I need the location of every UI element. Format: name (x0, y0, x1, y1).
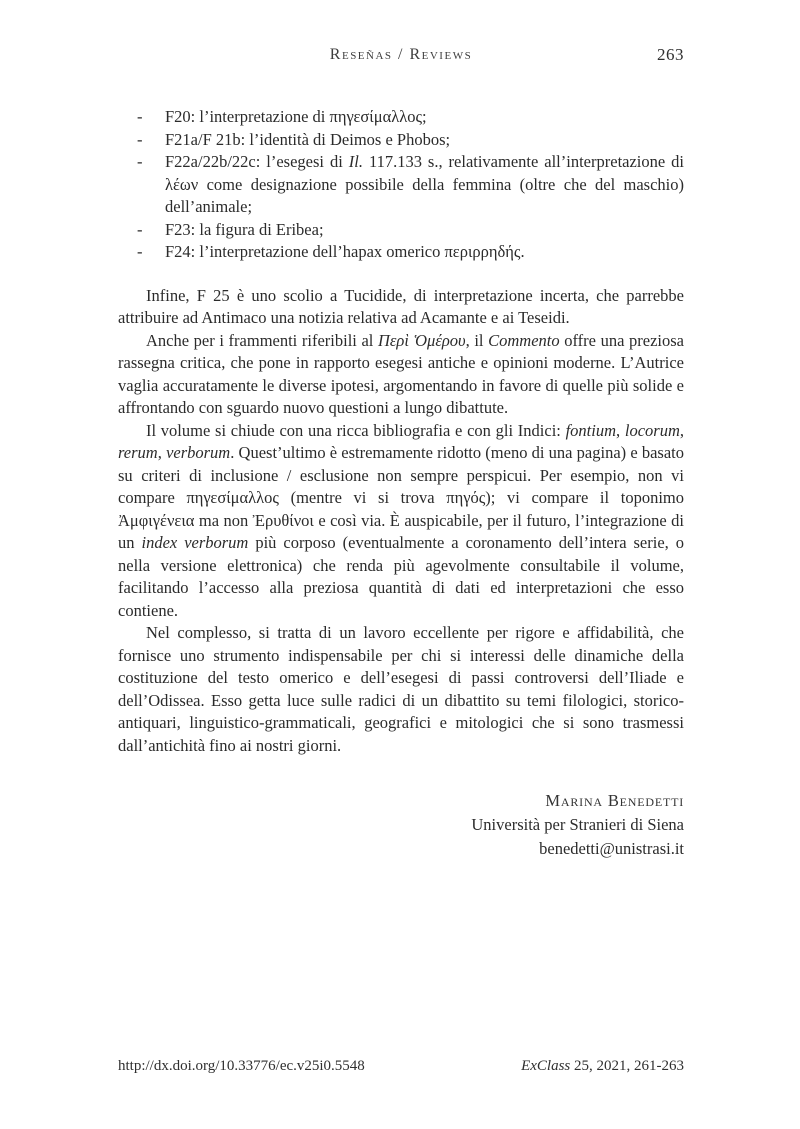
list-item-marker: - (137, 106, 143, 129)
italic-run: rerum (118, 443, 158, 462)
paragraph: Anche per i frammenti riferibili al Περὶ… (118, 330, 684, 420)
text-run: 25, 2021, 261-263 (570, 1058, 684, 1074)
running-head-title: Reseñas / Reviews (330, 46, 472, 63)
list-item: -F20: l’interpretazione di πηγεσίμαλλος; (118, 106, 684, 129)
text-run: , (680, 421, 684, 440)
italic-run: index verborum (141, 533, 248, 552)
author-affiliation: Università per Stranieri di Siena (118, 813, 684, 837)
text-run: F20: l’interpretazione di πηγεσίμαλλος; (165, 107, 427, 126)
list-item-marker: - (137, 241, 143, 264)
paragraph: Nel complesso, si tratta di un lavoro ec… (118, 622, 684, 757)
doi-link[interactable]: http://dx.doi.org/10.33776/ec.v25i0.5548 (118, 1058, 365, 1075)
author-name: Marina Benedetti (118, 789, 684, 813)
list-item-marker: - (137, 151, 143, 174)
text-run: F22a/22b/22c: l’esegesi di (165, 152, 349, 171)
list-item: -F21a/F 21b: l’identità di Deimos e Phob… (118, 129, 684, 152)
text-run: F21a/F 21b: l’identità di Deimos e Phobo… (165, 130, 450, 149)
paragraphs: Infine, F 25 è uno scolio a Tucidide, di… (118, 285, 684, 758)
list-item: -F22a/22b/22c: l’esegesi di Il. 117.133 … (118, 151, 684, 219)
text-run: F23: la figura di Eribea; (165, 220, 324, 239)
running-head: Reseñas / Reviews 263 (118, 46, 684, 64)
text-run: , il (466, 331, 489, 350)
italic-run: Περὶ Ὁμέρου (378, 331, 466, 350)
author-email[interactable]: benedetti@unistrasi.it (118, 837, 684, 861)
text-run: Anche per i frammenti riferibili al (146, 331, 378, 350)
page-footer: http://dx.doi.org/10.33776/ec.v25i0.5548… (118, 1058, 684, 1075)
list-item: -F24: l’interpretazione dell’hapax omeri… (118, 241, 684, 264)
bullet-list: -F20: l’interpretazione di πηγεσίμαλλος;… (118, 106, 684, 264)
text-run: F24: l’interpretazione dell’hapax omeric… (165, 242, 525, 261)
text-run: Il volume si chiude con una ricca biblio… (146, 421, 566, 440)
signature-block: Marina Benedetti Università per Stranier… (118, 789, 684, 861)
italic-run: fontium (566, 421, 616, 440)
italic-run: Commento (488, 331, 560, 350)
journal-page: Reseñas / Reviews 263 -F20: l’interpreta… (0, 0, 800, 1129)
italic-run: ExClass (521, 1058, 570, 1074)
list-item-marker: - (137, 129, 143, 152)
text-run: Nel complesso, si tratta di un lavoro ec… (118, 623, 684, 755)
journal-reference: ExClass 25, 2021, 261-263 (521, 1058, 684, 1075)
list-item-marker: - (137, 219, 143, 242)
text-run: , (616, 421, 625, 440)
review-body: -F20: l’interpretazione di πηγεσίμαλλος;… (118, 106, 684, 861)
list-item: -F23: la figura di Eribea; (118, 219, 684, 242)
italic-run: Il. (349, 152, 363, 171)
text-run: , (158, 443, 166, 462)
italic-run: locorum (625, 421, 680, 440)
italic-run: verborum (166, 443, 230, 462)
page-number: 263 (657, 45, 684, 65)
text-run: Infine, F 25 è uno scolio a Tucidide, di… (118, 286, 684, 328)
paragraph: Infine, F 25 è uno scolio a Tucidide, di… (118, 285, 684, 330)
paragraph: Il volume si chiude con una ricca biblio… (118, 420, 684, 623)
